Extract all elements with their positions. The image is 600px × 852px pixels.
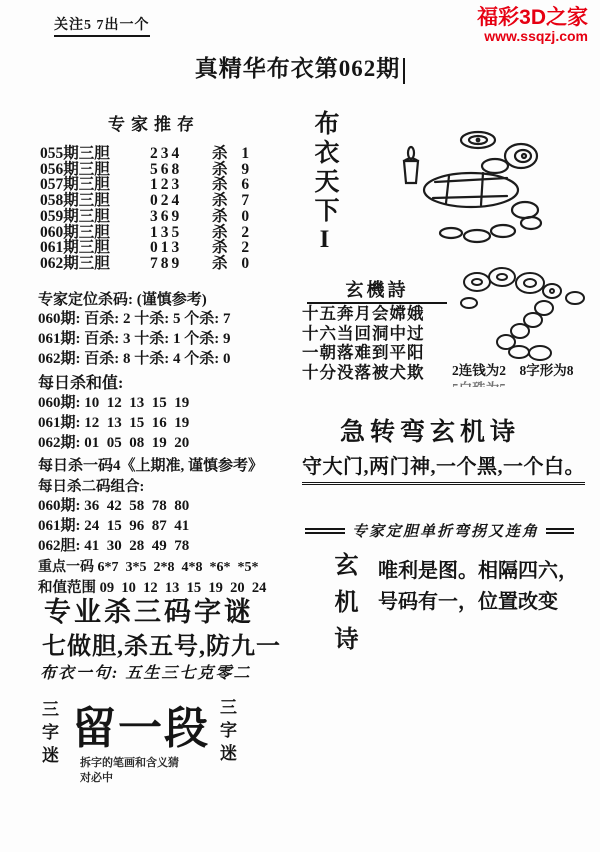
expert-dan-divider: 专家定胆单折弯拐又连角 xyxy=(305,520,591,541)
page-title: 真精华布衣第062期 xyxy=(0,50,600,84)
coin-chain-sketch xyxy=(447,262,587,362)
table-row: 058期三胆 024 杀 7 xyxy=(40,193,298,209)
position-kill-row: 060期: 百杀: 2 十杀: 5 个杀: 7 xyxy=(38,309,313,329)
row-period: 062期三胆 xyxy=(40,256,150,272)
three-char-riddle-right-label: 三字迷 xyxy=(214,698,239,767)
coin-note-line1: 2连钱为2 8字形为8 xyxy=(452,359,574,379)
kill-code-section: 专家定位杀码: (谨慎参考) 060期: 百杀: 2 十杀: 5 个杀: 7 0… xyxy=(38,288,313,597)
row-dan: 369 xyxy=(150,209,212,225)
sharp-turn-line: 守大门,两门神,一个黑,一个白。 xyxy=(302,450,585,485)
bottom-xuanji-line1: 唯利是图。相隔四六， xyxy=(378,556,593,587)
buyi-tip-sheet-page: 关注5 7出一个 福彩3D之家 www.ssqzj.com 真精华布衣第062期… xyxy=(0,0,600,852)
poem-line: 十六当回洞中过 xyxy=(302,324,452,344)
row-dan: 234 xyxy=(150,146,212,162)
buyi-hand-sketch xyxy=(383,126,583,244)
row-period: 059期三胆 xyxy=(40,209,150,225)
table-row: 059期三胆 369 杀 0 xyxy=(40,209,298,225)
daily-kill-sum-heading: 每日杀和值: xyxy=(38,370,313,393)
daily-kill-sum-row: 061期: 12 13 15 16 19 xyxy=(38,413,313,433)
page-title-text: 真精华布衣第062期 xyxy=(195,56,401,81)
poem-line: 一朝落难到平阳 xyxy=(302,343,452,363)
buyi-tianxia-label: 布衣天下I xyxy=(306,110,342,257)
buyi-sentence: 布衣一句: 五生三七克零二 xyxy=(40,660,251,683)
divider-text: 专家定胆单折弯拐又连角 xyxy=(352,520,539,541)
xuanji-poem-heading: 玄機詩 xyxy=(307,276,447,304)
site-logo-title: 福彩3D之家 xyxy=(477,6,588,29)
row-kill: 杀 0 xyxy=(212,209,254,225)
three-char-riddle-word: 留一段 xyxy=(72,692,210,756)
daily-kill-two-row: 061期: 24 15 96 87 41 xyxy=(38,516,313,536)
cursor-artifact xyxy=(403,58,405,84)
row-dan: 568 xyxy=(150,162,212,178)
sharp-turn-heading: 急转弯玄机诗 xyxy=(340,412,520,448)
site-logo-url: www.ssqzj.com xyxy=(477,29,588,44)
position-kill-row: 062期: 百杀: 8 十杀: 4 个杀: 0 xyxy=(38,349,313,369)
expert-recommend-table: 055期三胆 234 杀 1 056期三胆 568 杀 9 057期三胆 123… xyxy=(40,146,298,272)
daily-kill-two-row: 062胆: 41 30 28 49 78 xyxy=(38,536,313,556)
xuanji-poem-section: 玄機詩 十五奔月会嫦娥 十六当回洞中过 一朝落难到平阳 十分没落被犬欺 xyxy=(302,276,452,382)
position-kill-heading: 专家定位杀码: (谨慎参考) xyxy=(38,288,313,309)
poem-line: 十五奔月会嫦娥 xyxy=(302,304,452,324)
bottom-xuanji-label: 玄机诗 xyxy=(326,552,361,663)
divider-line-right xyxy=(546,528,574,534)
coin-note-line2: 5白珠为5 xyxy=(452,377,506,387)
watch-note: 关注5 7出一个 xyxy=(54,14,150,37)
table-row: 062期三胆 789 杀 0 xyxy=(40,256,298,272)
expert-recommend-section: 专家推存 055期三胆 234 杀 1 056期三胆 568 杀 9 057期三… xyxy=(40,110,298,272)
row-kill: 杀 2 xyxy=(212,225,254,241)
row-dan: 789 xyxy=(150,256,212,272)
kill-three-riddle-heading: 专业杀三码字谜 xyxy=(44,590,254,629)
daily-kill-sum-row: 062期: 01 05 08 19 20 xyxy=(38,433,313,453)
row-kill: 杀 6 xyxy=(212,177,254,193)
row-kill: 杀 7 xyxy=(212,193,254,209)
row-kill: 杀 0 xyxy=(212,256,254,272)
row-dan: 123 xyxy=(150,177,212,193)
daily-kill-sum-row: 060期: 10 12 13 15 19 xyxy=(38,393,313,413)
row-kill: 杀 2 xyxy=(212,240,254,256)
divider-line-left xyxy=(305,528,345,534)
key-one-code-line: 重点一码 6*7 3*5 2*8 4*8 *6* *5* xyxy=(38,556,313,576)
daily-kill-one-line: 每日杀一码4《上期准, 谨慎参考》 xyxy=(38,454,313,475)
row-dan: 013 xyxy=(150,240,212,256)
kill-three-riddle-line: 七做胆,杀五号,防九一 xyxy=(42,626,281,661)
row-period: 058期三胆 xyxy=(40,193,150,209)
row-period: 055期三胆 xyxy=(40,146,150,162)
table-row: 060期三胆 135 杀 2 xyxy=(40,225,298,241)
row-kill: 杀 1 xyxy=(212,146,254,162)
three-char-riddle-left-label: 三字迷 xyxy=(36,700,61,769)
site-logo: 福彩3D之家 www.ssqzj.com xyxy=(477,6,588,44)
riddle-note-line2: 对必中 xyxy=(80,771,240,786)
daily-kill-two-heading: 每日杀二码组合: xyxy=(38,475,313,496)
row-dan: 024 xyxy=(150,193,212,209)
row-period: 061期三胆 xyxy=(40,240,150,256)
bottom-xuanji-text: 唯利是图。相隔四六， 号码有一，位置改变 xyxy=(378,556,593,618)
poem-line: 十分没落被犬欺 xyxy=(302,363,452,383)
bottom-xuanji-line2: 号码有一，位置改变 xyxy=(378,587,593,618)
row-period: 057期三胆 xyxy=(40,177,150,193)
daily-kill-two-row: 060期: 36 42 58 78 80 xyxy=(38,496,313,516)
position-kill-row: 061期: 百杀: 3 十杀: 1 个杀: 9 xyxy=(38,329,313,349)
row-dan: 135 xyxy=(150,225,212,241)
table-row: 061期三胆 013 杀 2 xyxy=(40,240,298,256)
table-row: 057期三胆 123 杀 6 xyxy=(40,177,298,193)
table-row: 055期三胆 234 杀 1 xyxy=(40,146,298,162)
row-period: 060期三胆 xyxy=(40,225,150,241)
expert-recommend-heading: 专家推存 xyxy=(40,110,268,135)
